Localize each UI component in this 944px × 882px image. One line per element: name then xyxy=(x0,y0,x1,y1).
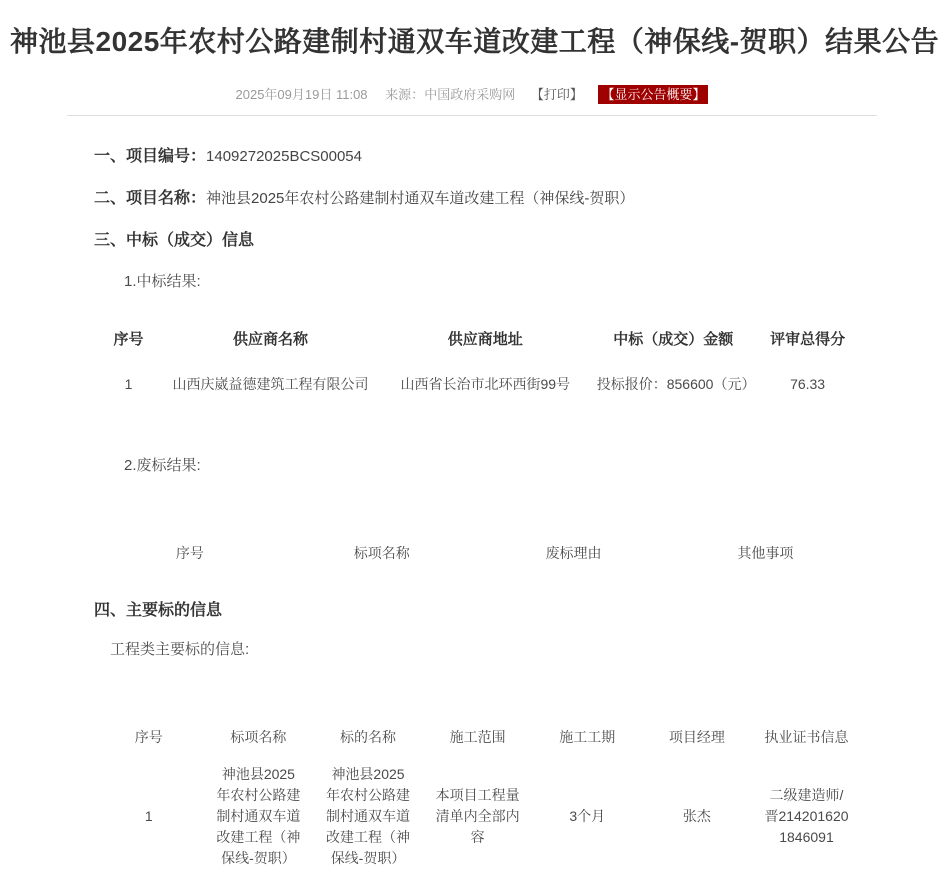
cell-subject-name: 神池县2025年农村公路建制村通双车道改建工程（神保线-贺职） xyxy=(313,760,423,873)
print-button[interactable]: 【打印】 xyxy=(531,87,583,102)
source-text: 来源：中国政府采购网 xyxy=(385,87,515,102)
award-info-heading: 三、中标（成交）信息 xyxy=(94,232,254,249)
award-table-row: 1 山西庆崴益德建筑工程有限公司 山西省长治市北环西街99号 投标报价：8566… xyxy=(94,362,861,407)
rejected-result-table: 序号 标项名称 废标理由 其他事项 xyxy=(94,531,861,576)
project-name-value: 神池县2025年农村公路建制村通双车道改建工程（神保线-贺职） xyxy=(206,190,634,207)
award-table-header-row: 序号 供应商名称 供应商地址 中标（成交）金额 评审总得分 xyxy=(94,317,861,362)
show-summary-button[interactable]: 【显示公告概要】 xyxy=(598,85,708,104)
rejected-table-header-row: 序号 标项名称 废标理由 其他事项 xyxy=(94,531,861,576)
engineering-subject-label: 工程类主要标的信息: xyxy=(110,640,877,660)
section-main-subject: 四、主要标的信息 xyxy=(94,600,877,622)
col-header-other-items: 其他事项 xyxy=(669,531,861,576)
col-header-supplier-name: 供应商名称 xyxy=(163,317,378,362)
main-subject-table: 序号 标项名称 标的名称 施工范围 施工工期 项目经理 执业证书信息 1 神池县… xyxy=(94,715,861,873)
col-header-project-manager: 项目经理 xyxy=(642,715,752,760)
section-project-name: 二、项目名称：神池县2025年农村公路建制村通双车道改建工程（神保线-贺职） xyxy=(94,188,877,210)
cell-construction-scope: 本项目工程量清单内全部内容 xyxy=(423,760,533,873)
col-header-construction-period: 施工工期 xyxy=(532,715,642,760)
col-header-supplier-address: 供应商地址 xyxy=(378,317,593,362)
project-number-label: 一、项目编号： xyxy=(94,148,206,165)
cell-construction-period: 3个月 xyxy=(532,760,642,873)
col-header-construction-scope: 施工范围 xyxy=(423,715,533,760)
col-header-lot-name: 标项名称 xyxy=(204,715,314,760)
main-table-row: 1 神池县2025年农村公路建制村通双车道改建工程（神保线-贺职） 神池县202… xyxy=(94,760,861,873)
main-subject-heading: 四、主要标的信息 xyxy=(94,602,222,619)
source-site: 中国政府采购网 xyxy=(424,87,515,102)
project-name-label: 二、项目名称： xyxy=(94,190,206,207)
cell-supplier-address: 山西省长治市北环西街99号 xyxy=(378,362,593,407)
col-header-reject-reason: 废标理由 xyxy=(478,531,670,576)
col-header-lot-name: 标项名称 xyxy=(286,531,478,576)
col-header-award-amount: 中标（成交）金额 xyxy=(593,317,754,362)
cell-license-info: 二级建造师/晋2142016201846091 xyxy=(752,760,862,873)
cell-seq: 1 xyxy=(94,760,204,873)
col-header-license-info: 执业证书信息 xyxy=(752,715,862,760)
cell-supplier-name: 山西庆崴益德建筑工程有限公司 xyxy=(163,362,378,407)
col-header-review-score: 评审总得分 xyxy=(754,317,861,362)
award-result-table: 序号 供应商名称 供应商地址 中标（成交）金额 评审总得分 1 山西庆崴益德建筑… xyxy=(94,317,861,407)
project-number-value: 1409272025BCS00054 xyxy=(206,148,362,165)
cell-review-score: 76.33 xyxy=(754,362,861,407)
cell-award-amount: 投标报价：856600（元） xyxy=(593,362,754,407)
meta-bar: 2025年09月19日 11:08 来源：中国政府采购网 【打印】 【显示公告概… xyxy=(0,86,944,104)
announcement-body: 一、项目编号：1409272025BCS00054 二、项目名称：神池县2025… xyxy=(67,115,877,873)
col-header-seq: 序号 xyxy=(94,317,163,362)
section-award-info: 三、中标（成交）信息 xyxy=(94,230,877,252)
publish-datetime: 2025年09月19日 11:08 xyxy=(236,87,368,102)
col-header-seq: 序号 xyxy=(94,715,204,760)
cell-lot-name: 神池县2025年农村公路建制村通双车道改建工程（神保线-贺职） xyxy=(204,760,314,873)
section-project-number: 一、项目编号：1409272025BCS00054 xyxy=(94,146,877,168)
award-result-label: 1.中标结果: xyxy=(124,272,877,292)
col-header-seq: 序号 xyxy=(94,531,286,576)
cell-seq: 1 xyxy=(94,362,163,407)
page-title: 神池县2025年农村公路建制村通双车道改建工程（神保线-贺职）结果公告 xyxy=(10,22,934,62)
col-header-subject-name: 标的名称 xyxy=(313,715,423,760)
rejected-result-label: 2.废标结果: xyxy=(124,456,877,476)
main-table-header-row: 序号 标项名称 标的名称 施工范围 施工工期 项目经理 执业证书信息 xyxy=(94,715,861,760)
cell-project-manager: 张杰 xyxy=(642,760,752,873)
